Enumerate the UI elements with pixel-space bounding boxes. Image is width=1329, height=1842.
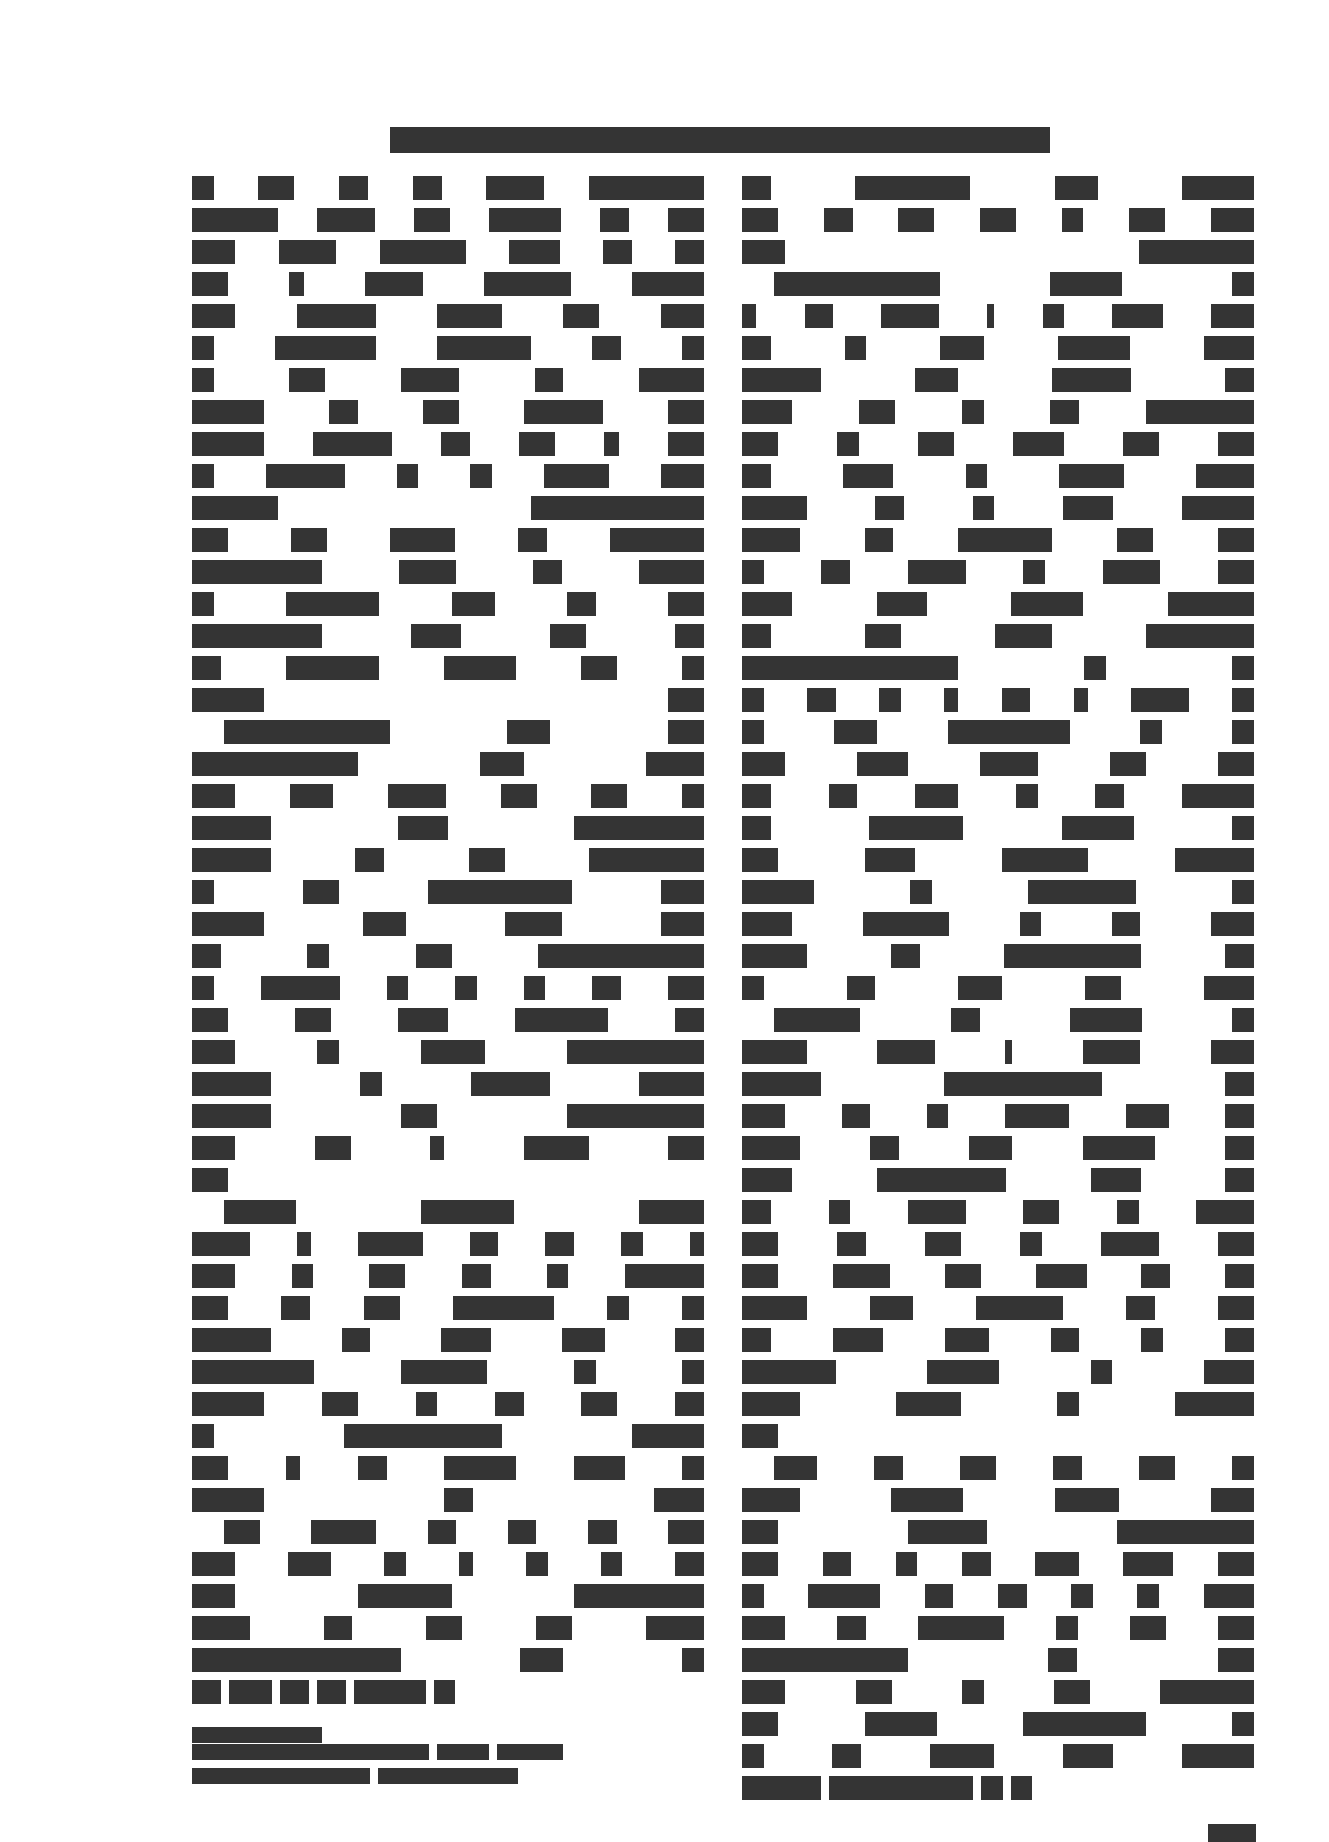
text-line: xxxxx [192,1168,704,1200]
word: xxxxxxxxx [639,368,704,392]
word: xxxx [675,240,704,264]
word: xxxxxxxxxxxxxxxxxxxxxxxxxxxxxx [742,656,958,680]
word: xxxxxxxxxx [927,1360,999,1384]
word: xxxxxxxx [980,752,1038,776]
text-line: xxxxxxxxxxxxxxxxxxxxxxxxxxxxxxx [742,784,1254,816]
word: xxxxxxxxxxxxxxxxxxx [567,1104,704,1128]
word: xxxxxxxxxx [192,400,264,424]
text-line: xxxxxxxxxxxxxxxxxxxxxxxxxxxxxxxxxxxxx [192,272,704,304]
word: xxxxxxxxxxxxxxxxx [1023,1712,1145,1736]
word: xxxxxx [1211,1040,1254,1064]
word: xxxxx [898,208,934,232]
text-line: xxxxxxxxxxxxxxxxxxxxxxxxxxxxxxxxxxxx [192,528,704,560]
word: xxxxxxxxxx [354,1680,426,1704]
text-line: xxxxxxxxxxxxxxxxxxxxxxxxxxxxxxxxxxx [742,1520,1254,1552]
word: xxxxx [192,1008,228,1032]
word: xxxxxxxx [1103,560,1161,584]
word: xxxxxxxxxxxxx [358,1584,452,1608]
word: xxxxxx [1211,304,1254,328]
word: xxxxxxx [742,1168,792,1192]
text-line: xxxxxxxxxxxxxxxxxxxxxxxxxxxxxxxxxxx [742,1616,1254,1648]
word: xxxxxxxxxxxxxxxxxxxxxxx [774,272,940,296]
word: xxxxx [668,688,704,712]
word: xxxxxxxxxxxx [484,272,570,296]
word: xxxxxxxxxxxxxxxx [589,176,704,200]
word: xxxx [192,944,221,968]
word: xxx [829,1200,851,1224]
word: xxxx [470,1232,499,1256]
word: xxxx [324,1616,353,1640]
word: xxxxxxxx [742,1488,800,1512]
word: xxxxxx [192,1040,235,1064]
word: xxxx [603,240,632,264]
word: xxxxxxxxxxxxxxxxxxxxxxx [224,720,390,744]
word: xxxxxxxx [742,528,800,552]
page-number: xxx [1208,1824,1256,1842]
word: xxxxx [668,976,704,1000]
word: xxxxxxxx [505,912,563,936]
word: xxx [1057,1392,1079,1416]
word: xxxxxxxxxxxxxxxxxxxxxxxxxxxxxxxx [192,1744,429,1760]
word: xxxxxxxxxx [192,432,264,456]
word: xxxxxx [229,1680,272,1704]
word: xxxxxxxxxxxxxxxxxx [192,560,322,584]
text-line: xxxxxxxxxxxxxxxxxxxxxxxxxxxxxxxxxxxxx [192,432,704,464]
word: xxxxxxxxxxx [742,368,821,392]
word: xxxxxx [661,464,704,488]
word: xxxxx [315,1136,351,1160]
word: xxx [470,464,492,488]
word: xxxxx [742,848,778,872]
text-line: xxxxxxxxxxxxxxxxxxxxxxxxxxxxxxxx [192,1264,704,1296]
word: xxxx [441,432,470,456]
word: xxxxxxxx [1101,1232,1159,1256]
word: xxxxxx [742,1680,785,1704]
word: xxxxx [668,400,704,424]
word: xxxx [951,1008,980,1032]
word: xxxxxxxxxxxx [380,240,466,264]
word: xxxxxxx [833,1328,883,1352]
word: xxx [742,560,764,584]
word: xxxxx [742,1712,778,1736]
word: xxxxxxxxx [497,1744,564,1760]
word: xxx [524,976,546,1000]
word: xxxx [875,496,904,520]
word: xxxxxxx [411,624,461,648]
text-line: xxxxxxxxxxxxxxxxxxxxxxxxxxxxxxxxxxxxxxxx… [192,1744,704,1768]
word: xxxxx [742,1520,778,1544]
word: xxxxxx [1126,1104,1169,1128]
word: xxx [682,1360,704,1384]
word: xxxxx [865,624,901,648]
word: xxxxx [322,1392,358,1416]
word: xxxxxxxx [877,1040,935,1064]
word: xxxx [824,208,853,232]
word: xxxxx [742,1552,778,1576]
text-line: xxxxxxxxxxxxxxxxxxxxxxxxxxxxx [192,368,704,400]
word: xxxxxxxxx [437,304,502,328]
text-line: xxxxxxxxxxxxxxxxxxxxxxxxxxxx [742,1328,1254,1360]
word: xxxxxxxxxx [742,880,814,904]
word: xxx [682,1296,704,1320]
word: xxxxxxxxxx [444,1456,516,1480]
word: xxxxxxxx [399,560,457,584]
word: xxxxx [1110,752,1146,776]
word: xxxxxxxxxx [891,1488,963,1512]
word: xxxxxx [742,240,785,264]
word: xxx [981,1776,1003,1800]
word: xxxxxx [192,240,235,264]
word: xxxx [329,400,358,424]
word: xxxxxxxxxxxx [1168,592,1254,616]
word: xxx [682,336,704,360]
word: xxxxxxxx [1083,1040,1141,1064]
word: xxxxx [960,1456,996,1480]
word: xxxxxx [192,1136,235,1160]
word: xxxxx [581,656,617,680]
word: xxxxxx [915,784,958,808]
word: xxx [192,1424,214,1448]
word: xxxx [874,1456,903,1480]
word: xxx [526,1552,548,1576]
word: xxxx [518,528,547,552]
word: xxxxx [501,784,537,808]
word: xxxxxxx [865,848,915,872]
word: xxxxxxxxx [1055,1488,1120,1512]
word: xxxxxx [480,752,523,776]
word: xxxxxxxxxx [444,656,516,680]
text-line: xxxxxxxxxxxxxxxxxxxxxxxxxxxxxx [742,336,1254,368]
word: xx [430,1136,444,1160]
word: xxxx [280,1680,309,1704]
word: xxxxxxxx [742,1392,800,1416]
word: xxxxxxxxx [524,1136,589,1160]
text-line: xxxxxxxxxxxxxxxxxxxxxxxxxxxxxxxxxxx [192,1360,704,1392]
word: xxxxx [1218,1552,1254,1576]
text-line: xxxxxxxxxxxxxxxxxxxxxxxxxxxxxxxxxxxxx [192,336,704,368]
word: xxx [927,1104,949,1128]
word: xxx [397,464,419,488]
word: xxx [317,1040,339,1064]
word: xxxxxxxxxxxxxxxxxxxx [428,880,572,904]
word: xxxxxxx [1204,1584,1254,1608]
footnote-marker [192,1727,322,1743]
word: xxxxxx [192,1552,235,1576]
word: xxxxxxxxxxxxxxxxxxxxxxx [742,1648,908,1672]
text-line: xxxxxxxxxxxxxxxxxxxxxxxxxxxxxx [742,432,1254,464]
word: xxxxxxxxxxx [908,1520,987,1544]
word: xxxxxx [774,1456,817,1480]
word: xxxx [865,528,894,552]
word: xxx [621,1232,643,1256]
word: xxxxxxx [1204,336,1254,360]
word: xxx [1140,720,1162,744]
text-line: xxxxxxxxxxxxxxxxxxxxxxxxxxxxxxxxxx [742,1584,1254,1616]
text-line: xxxxxxxxxxxxxxxxxxxxxxxxxxxxxxxx [192,976,704,1008]
text-line: xxxxxxxxxxxxxxxxxxxxxxxxxxxxxxx [192,1456,704,1488]
word: xxxxxxxx [908,560,966,584]
word: xxxxxxxxxx [1050,272,1122,296]
word: xxxxxxxxxxx [192,1328,271,1352]
word: xxxxx [668,720,704,744]
text-line: xxxxxxxxxxxxxxxxxxxxxxxxxxxxxxxxxx [742,1552,1254,1584]
word: xxxxxxxxx [311,1520,376,1544]
word: xxx [1232,1008,1254,1032]
word: xxx [1084,656,1106,680]
word: xxxx [1225,1264,1254,1288]
text-line: xxxxxxxxxxxxxxxxxxxxxxxxxxxxxxxx [742,1136,1254,1168]
word: xxxxx [668,1520,704,1544]
word: xxxxxxxxxxxxxxxxxx [574,1584,704,1608]
word: xxxxxxxxxx [1182,496,1254,520]
word: xxxxxxxxxx [192,688,264,712]
word: xxxx [1225,1104,1254,1128]
word: xxx [1056,1616,1078,1640]
word: xxxxxxxxxxxxx [1160,1680,1254,1704]
word: xxx [416,1392,438,1416]
text-line: xxxxxxxxxxxxxxxxxxxxxxxxxxxxxxx [192,592,704,624]
word: xxxxxxxx [486,176,544,200]
word: xxxxx [1129,208,1165,232]
word: xxxxxxxxxxxxxxxx [855,176,970,200]
text-line: xxxxxxxxxxxxxxxxxxxxxxxxxxxxxxxxxxxxx [192,1040,704,1072]
word: xxxxxxxx [742,1136,800,1160]
word: xxxx [1225,1328,1254,1352]
word: xxxxxxxx [279,240,337,264]
word: xxx [682,1648,704,1672]
word: xxxxxxxxxxx [261,976,340,1000]
word: xxxxxxxxxxxxxxx [1146,624,1254,648]
word: xxxxx [1139,1456,1175,1480]
word: xxxxxxxxxxxx [863,912,949,936]
word: xxx [1232,816,1254,840]
word: xxxxxxxx [646,1616,704,1640]
word: xxxxxx [834,720,877,744]
text-line: xxxxxxxxxxxxxxxxxxxxxxxxxxxxxxx [742,464,1254,496]
word: xxxx [998,1584,1027,1608]
text-line: xxxxxxxxxxxxxxxxxxxxxxxxxxxxxxxx [742,1648,1254,1680]
word: xxxxxx [742,1104,785,1128]
word: xxxxxxxx [401,368,459,392]
word: xxxxxxxxxxxxxx [275,336,376,360]
text-line: xxxxxxxxxxxxxxxxxxxxxxxxxxxxxxxx [742,1680,1254,1712]
word: xxxxx [668,592,704,616]
text-line: xxxxxxxxxxxxxxxxxxxxxxxxxxxxxxxxx [742,1360,1254,1392]
word: xxxx [567,592,596,616]
text-line: xxxxxxxxxxxxxxxxxxxxxxxxxxxxxxxxxxxx [192,496,704,528]
word: xxxxxxxxx [358,1232,423,1256]
word: xxxxx [925,1232,961,1256]
word: xxxx [842,1104,871,1128]
word: xxxxx [668,432,704,456]
word: xxxx [192,656,221,680]
word: xxxxx [519,432,555,456]
word: xxx [434,1680,456,1704]
word: xxxxxxxxxx [1083,1136,1155,1160]
word: xxxxx [856,1680,892,1704]
word: xxx [192,336,214,360]
word: xxxxx [536,1616,572,1640]
word: xxxxxxxx [192,1616,250,1640]
word: xxx [1232,880,1254,904]
word: xxxxxxx [1123,1552,1173,1576]
word: xxxxxxxxx [742,1296,807,1320]
word: x [987,304,994,328]
word: xxx [1062,208,1084,232]
word: xxxxxxxxxxxxxxxxxxxxxxx [538,944,704,968]
word: xxxx [1225,368,1254,392]
word: xxxx [847,976,876,1000]
word: xxxx [742,176,771,200]
word: xxxx [535,368,564,392]
word: xxx [192,976,214,1000]
word: xxxxx [258,176,294,200]
text-line: xxxxxxxxxxxxxxxxxxxxxxxxxxxxxx [192,912,704,944]
word: xxxx [588,1520,617,1544]
text-line: xxxxxxxxxxxxxxxxxxxxxxxxxxxxxx [742,816,1254,848]
word: xxxxxxxxxxx [1175,848,1254,872]
word: xxx [1232,1712,1254,1736]
word: xxxxx [1117,528,1153,552]
text-line: xxxxxxxxxxxxxxxxxxxxxxxxxxxxxxxxxxxxxxxx… [192,1768,704,1792]
word: xxxxxxxxxxxxxxxxxxx [567,1040,704,1064]
text-line: xxxxxxxxxxxxxxxxxxxxxxxxxxxxxxxxxxxxx [192,1584,704,1616]
word: xxx [1137,1584,1159,1608]
text-line: xxxxxxxxxxxxxxxxxxxxxxxxxxxxxxxxxxxx [742,176,1254,208]
text-line: xxxxxxxxxxxxxxxxxxxxxxxxxxxxxxxxxxxx [742,656,1254,688]
word: xxxxxxxxxxxxxxxxxxx [1117,1520,1254,1544]
text-line: xxxxxxxxxxxxxxxxxxxxxxxxxxxxx [742,688,1254,720]
word: xxxxxxxxxxxxx [286,656,380,680]
word: xxx [1016,784,1038,808]
word: xxx [1023,560,1045,584]
word: xxxx [444,1488,473,1512]
word: xxxx [1225,944,1254,968]
word: xxxxx [945,1264,981,1288]
text-line: xxxxxxxxxxxxxxxxxxxxxxxxxxxxxxxx [192,1328,704,1360]
word: xxxxx [364,1296,400,1320]
word: xxxxxxx [857,752,907,776]
word: xxx [192,880,214,904]
word: xxxxxxxx [388,784,446,808]
word: xxxxxxxxxxxxxxxxxx [192,624,322,648]
word: xxxxxxxxxxxxxxxxxx [574,816,704,840]
word: xxx [742,720,764,744]
word: xxx [192,592,214,616]
word: xxxxxxx [1112,304,1162,328]
word: xxx [574,1360,596,1384]
word: xxxxxx [192,304,235,328]
word: xxxx [742,336,771,360]
word: xxx [682,784,704,808]
text-line: xxxxxxxxxxxxxxxxxxxxxxxxxxxxxxxxxxxxxxxx… [192,208,704,240]
text-line: xxxxxxxxxxxxxxxxxxxxxxxxxxxxxxx [742,752,1254,784]
word: xxxxxxxx [1196,464,1254,488]
word: xxxxxx [742,752,785,776]
text-line: xxxxxxxxxxxxxxxxxxxxxxxxxxxxxxx [192,1520,704,1552]
word: xxx [896,1552,918,1576]
word: xxx [1091,1360,1113,1384]
word: xxxxx [918,432,954,456]
word: xxx [607,1296,629,1320]
word: xxx [192,176,214,200]
left-column: xxxxxxxxxxxxxxxxxxxxxxxxxxxxxxxxxxxxxxxx… [192,176,704,1712]
word: xxxxxxxxxx [1182,784,1254,808]
word: xxxxx [742,1232,778,1256]
word: xxxxxxxxxxxxxxxxxxxxxx [344,1424,502,1448]
word: xxxxx [291,528,327,552]
text-line: xxxxxxxxxxxxxxxxxxxxxxxxxxxxxxxxxxx [742,528,1254,560]
word: xxxxxxxxx [896,1392,961,1416]
word: xxxxxxxxxxx [1052,368,1131,392]
word: xx [289,272,303,296]
word: xxxxx [1218,1296,1254,1320]
word: xxx [845,336,867,360]
text-line: xxxxxxxxxxxxxxxxxxxxxxxxxxxxxxxxx [742,208,1254,240]
word: xxxxx [1023,1200,1059,1224]
word: xxx [387,976,409,1000]
text-line: xxxxxxxxxxxxxxxxxxxxxxxxxxxxxxx [192,1392,704,1424]
word: xxxxx [1218,752,1254,776]
word: xxxxxxxxxxxxxxxxxx [877,1168,1007,1192]
word: xxxxxxxxxxxxxxxxxxxxxxxx [192,1768,370,1784]
word: xxxxxxxxxxx [192,1072,271,1096]
word: x [1005,1040,1012,1064]
word: xxxxx [414,208,450,232]
word: xxxxxx [507,720,550,744]
text-line: xxxxxxxxxxxxxxxxxxxxxxxxxxxxxxxxxxx [192,656,704,688]
footnote: xxxxxxxxxxxxxxxxxxxxxxxxxxxxxxxxxxxxxxxx… [192,1744,704,1792]
word: xxxxxxxxxxxx [918,1616,1004,1640]
word: xxxx [462,1264,491,1288]
word: xxxxxxxxxxxx [192,496,278,520]
word: xxxx [1225,1072,1254,1096]
word: xxxxxxxxxxx [471,1072,550,1096]
word: xxxxx [1130,1616,1166,1640]
word: xxxx [413,176,442,200]
word: xxxx [342,1328,371,1352]
word: xxxx [495,1392,524,1416]
word: xxxxx [469,848,505,872]
word: xxxxxxxxxxx [266,464,345,488]
word: xxxx [832,1744,861,1768]
word: xxx [192,368,214,392]
running-header-text: Jurnal Ilmiah — redacted running header … [390,127,1050,153]
word: xxxxxx [870,1296,913,1320]
text-line: xxxxx [742,1424,1254,1456]
text-line: xxxxxxxxxxxxxxxxxxxxxxxxxxxxxxxx [742,624,1254,656]
word: xxxx [675,1552,704,1576]
word: xxxxxxx [398,1008,448,1032]
word: xx [742,304,756,328]
word: xxxxxxxxx [639,1072,704,1096]
text-line: xxxxxxxxxxxxxxxxxxxxxxxxxxxxxxxxx [742,1744,1254,1776]
text-line: xxxxxxxxxxxxxxxxxxxxxxxxxxxxxxxx [742,1104,1254,1136]
word: xxxxxxxxxxxxx [515,1008,609,1032]
word: xxxxxxxxxxxx [401,1360,487,1384]
word: xxx [962,1680,984,1704]
word: xxxxxx [1211,1488,1254,1512]
word: xxxxxxx [398,816,448,840]
word: xxxxxxxxxxx [297,304,376,328]
word: xxx [601,1552,623,1576]
word: xxxxx [426,1616,462,1640]
text-line: xxxxxxxxxxxxxxxxxxxxxxxxxxxxxxxxxxxxx [192,752,704,784]
word: xxx [837,432,859,456]
word: xxxxxxxxxxxxx [742,1360,836,1384]
word: xxxxxxx [654,1488,704,1512]
text-line: xxxxxxxxxxxxxxxxxxxxxxxxxxxxxxxxxxxx [742,272,1254,304]
